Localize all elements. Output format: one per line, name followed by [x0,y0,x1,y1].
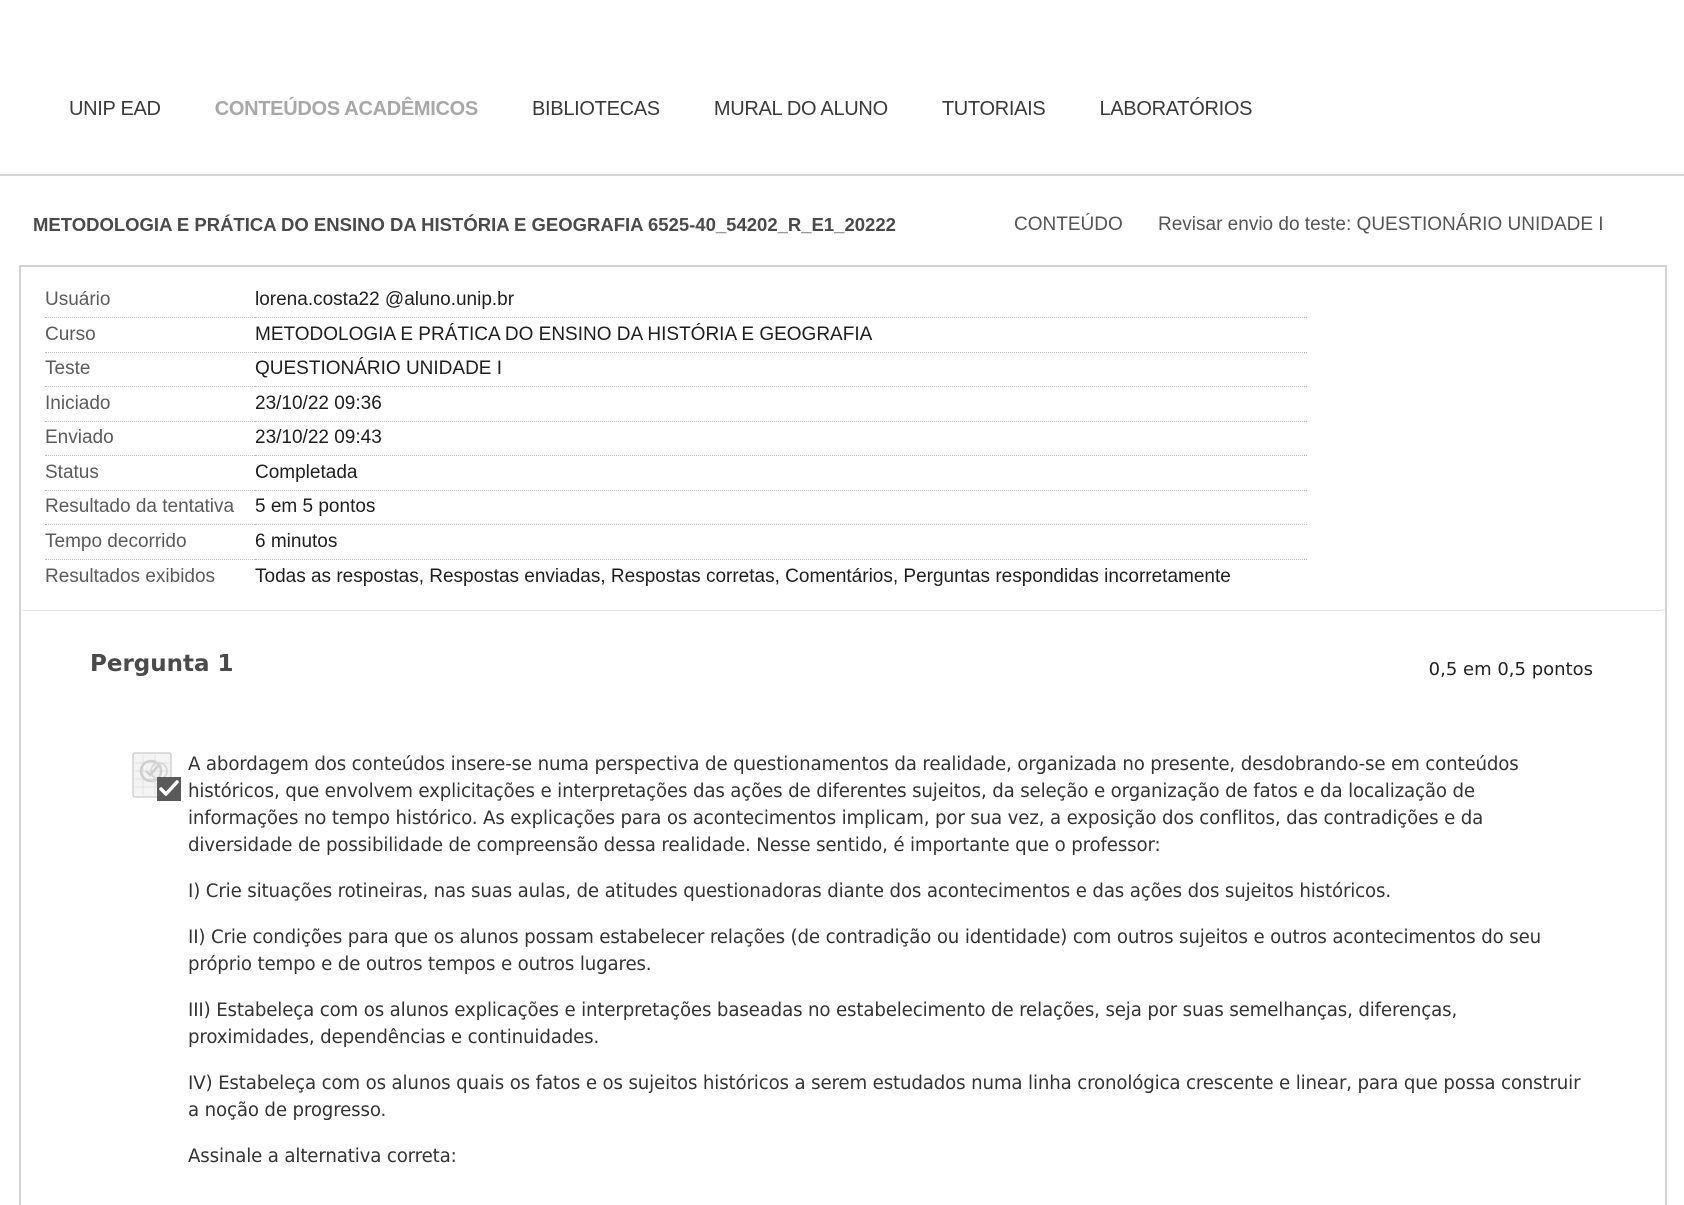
info-row-iniciado: Iniciado 23/10/22 09:36 [45,387,1307,422]
topnav-item-laboratorios[interactable]: LABORATÓRIOS [1099,98,1252,121]
topnav-item-mural-do-aluno[interactable]: MURAL DO ALUNO [714,98,888,121]
question-title: Pergunta 1 [90,651,234,677]
topnav-item-bibliotecas[interactable]: BIBLIOTECAS [532,98,660,121]
info-value: Completada [255,456,1307,491]
info-value: 23/10/22 09:43 [255,421,1307,456]
info-value: QUESTIONÁRIO UNIDADE I [255,352,1307,387]
attempt-info-box: Usuário lorena.costa22 @aluno.unip.br Cu… [21,267,1665,611]
info-value: METODOLOGIA E PRÁTICA DO ENSINO DA HISTÓ… [255,318,1307,353]
info-row-enviado: Enviado 23/10/22 09:43 [45,421,1307,456]
info-row-tempo: Tempo decorrido 6 minutos [45,525,1307,560]
info-row-usuario: Usuário lorena.costa22 @aluno.unip.br [45,283,1307,318]
question-body: A abordagem dos conteúdos insere-se numa… [188,751,1588,1189]
info-label: Usuário [45,283,255,318]
breadcrumb-course[interactable]: METODOLOGIA E PRÁTICA DO ENSINO DA HISTÓ… [33,214,896,236]
topnav-item-conteudos-academicos[interactable]: CONTEÚDOS ACADÊMICOS [215,98,478,121]
test-review-panel: Usuário lorena.costa22 @aluno.unip.br Cu… [19,265,1667,1191]
info-row-resultado: Resultado da tentativa 5 em 5 pontos [45,490,1307,525]
breadcrumb: METODOLOGIA E PRÁTICA DO ENSINO DA HISTÓ… [33,214,1673,240]
info-row-resultados-exibidos: Resultados exibidos Todas as respostas, … [45,559,1307,594]
info-label: Curso [45,318,255,353]
question-statement: A abordagem dos conteúdos insere-se numa… [188,751,1588,859]
top-navigation: UNIP EAD CONTEÚDOS ACADÊMICOS BIBLIOTECA… [0,0,1684,176]
info-value: lorena.costa22 @aluno.unip.br [255,283,1307,318]
attempt-info-table: Usuário lorena.costa22 @aluno.unip.br Cu… [45,283,1307,594]
info-label: Resultado da tentativa [45,490,255,525]
question-prompt: Assinale a alternativa correta: [188,1143,1588,1170]
info-value: Todas as respostas, Respostas enviadas, … [255,559,1307,594]
info-value: 23/10/22 09:36 [255,387,1307,422]
info-label: Resultados exibidos [45,559,255,594]
info-value: 5 em 5 pontos [255,490,1307,525]
breadcrumb-content[interactable]: CONTEÚDO [1014,214,1123,236]
correct-answer-icon [131,751,183,803]
info-label: Iniciado [45,387,255,422]
topnav-item-unip-ead[interactable]: UNIP EAD [69,98,161,121]
breadcrumb-current-page: Revisar envio do teste: QUESTIONÁRIO UNI… [1158,214,1604,236]
info-label: Enviado [45,421,255,456]
question-item-3: III) Estabeleça com os alunos explicaçõe… [188,997,1588,1051]
question-item-4: IV) Estabeleça com os alunos quais os fa… [188,1070,1588,1124]
question-points: 0,5 em 0,5 pontos [1429,659,1593,680]
question-item-2: II) Crie condições para que os alunos po… [188,924,1588,978]
topnav-item-tutoriais[interactable]: TUTORIAIS [942,98,1046,121]
info-value: 6 minutos [255,525,1307,560]
info-label: Teste [45,352,255,387]
info-label: Tempo decorrido [45,525,255,560]
info-row-teste: Teste QUESTIONÁRIO UNIDADE I [45,352,1307,387]
info-row-status: Status Completada [45,456,1307,491]
question-item-1: I) Crie situações rotineiras, nas suas a… [188,878,1588,905]
info-row-curso: Curso METODOLOGIA E PRÁTICA DO ENSINO DA… [45,318,1307,353]
info-label: Status [45,456,255,491]
topnav-list: UNIP EAD CONTEÚDOS ACADÊMICOS BIBLIOTECA… [69,98,1306,121]
